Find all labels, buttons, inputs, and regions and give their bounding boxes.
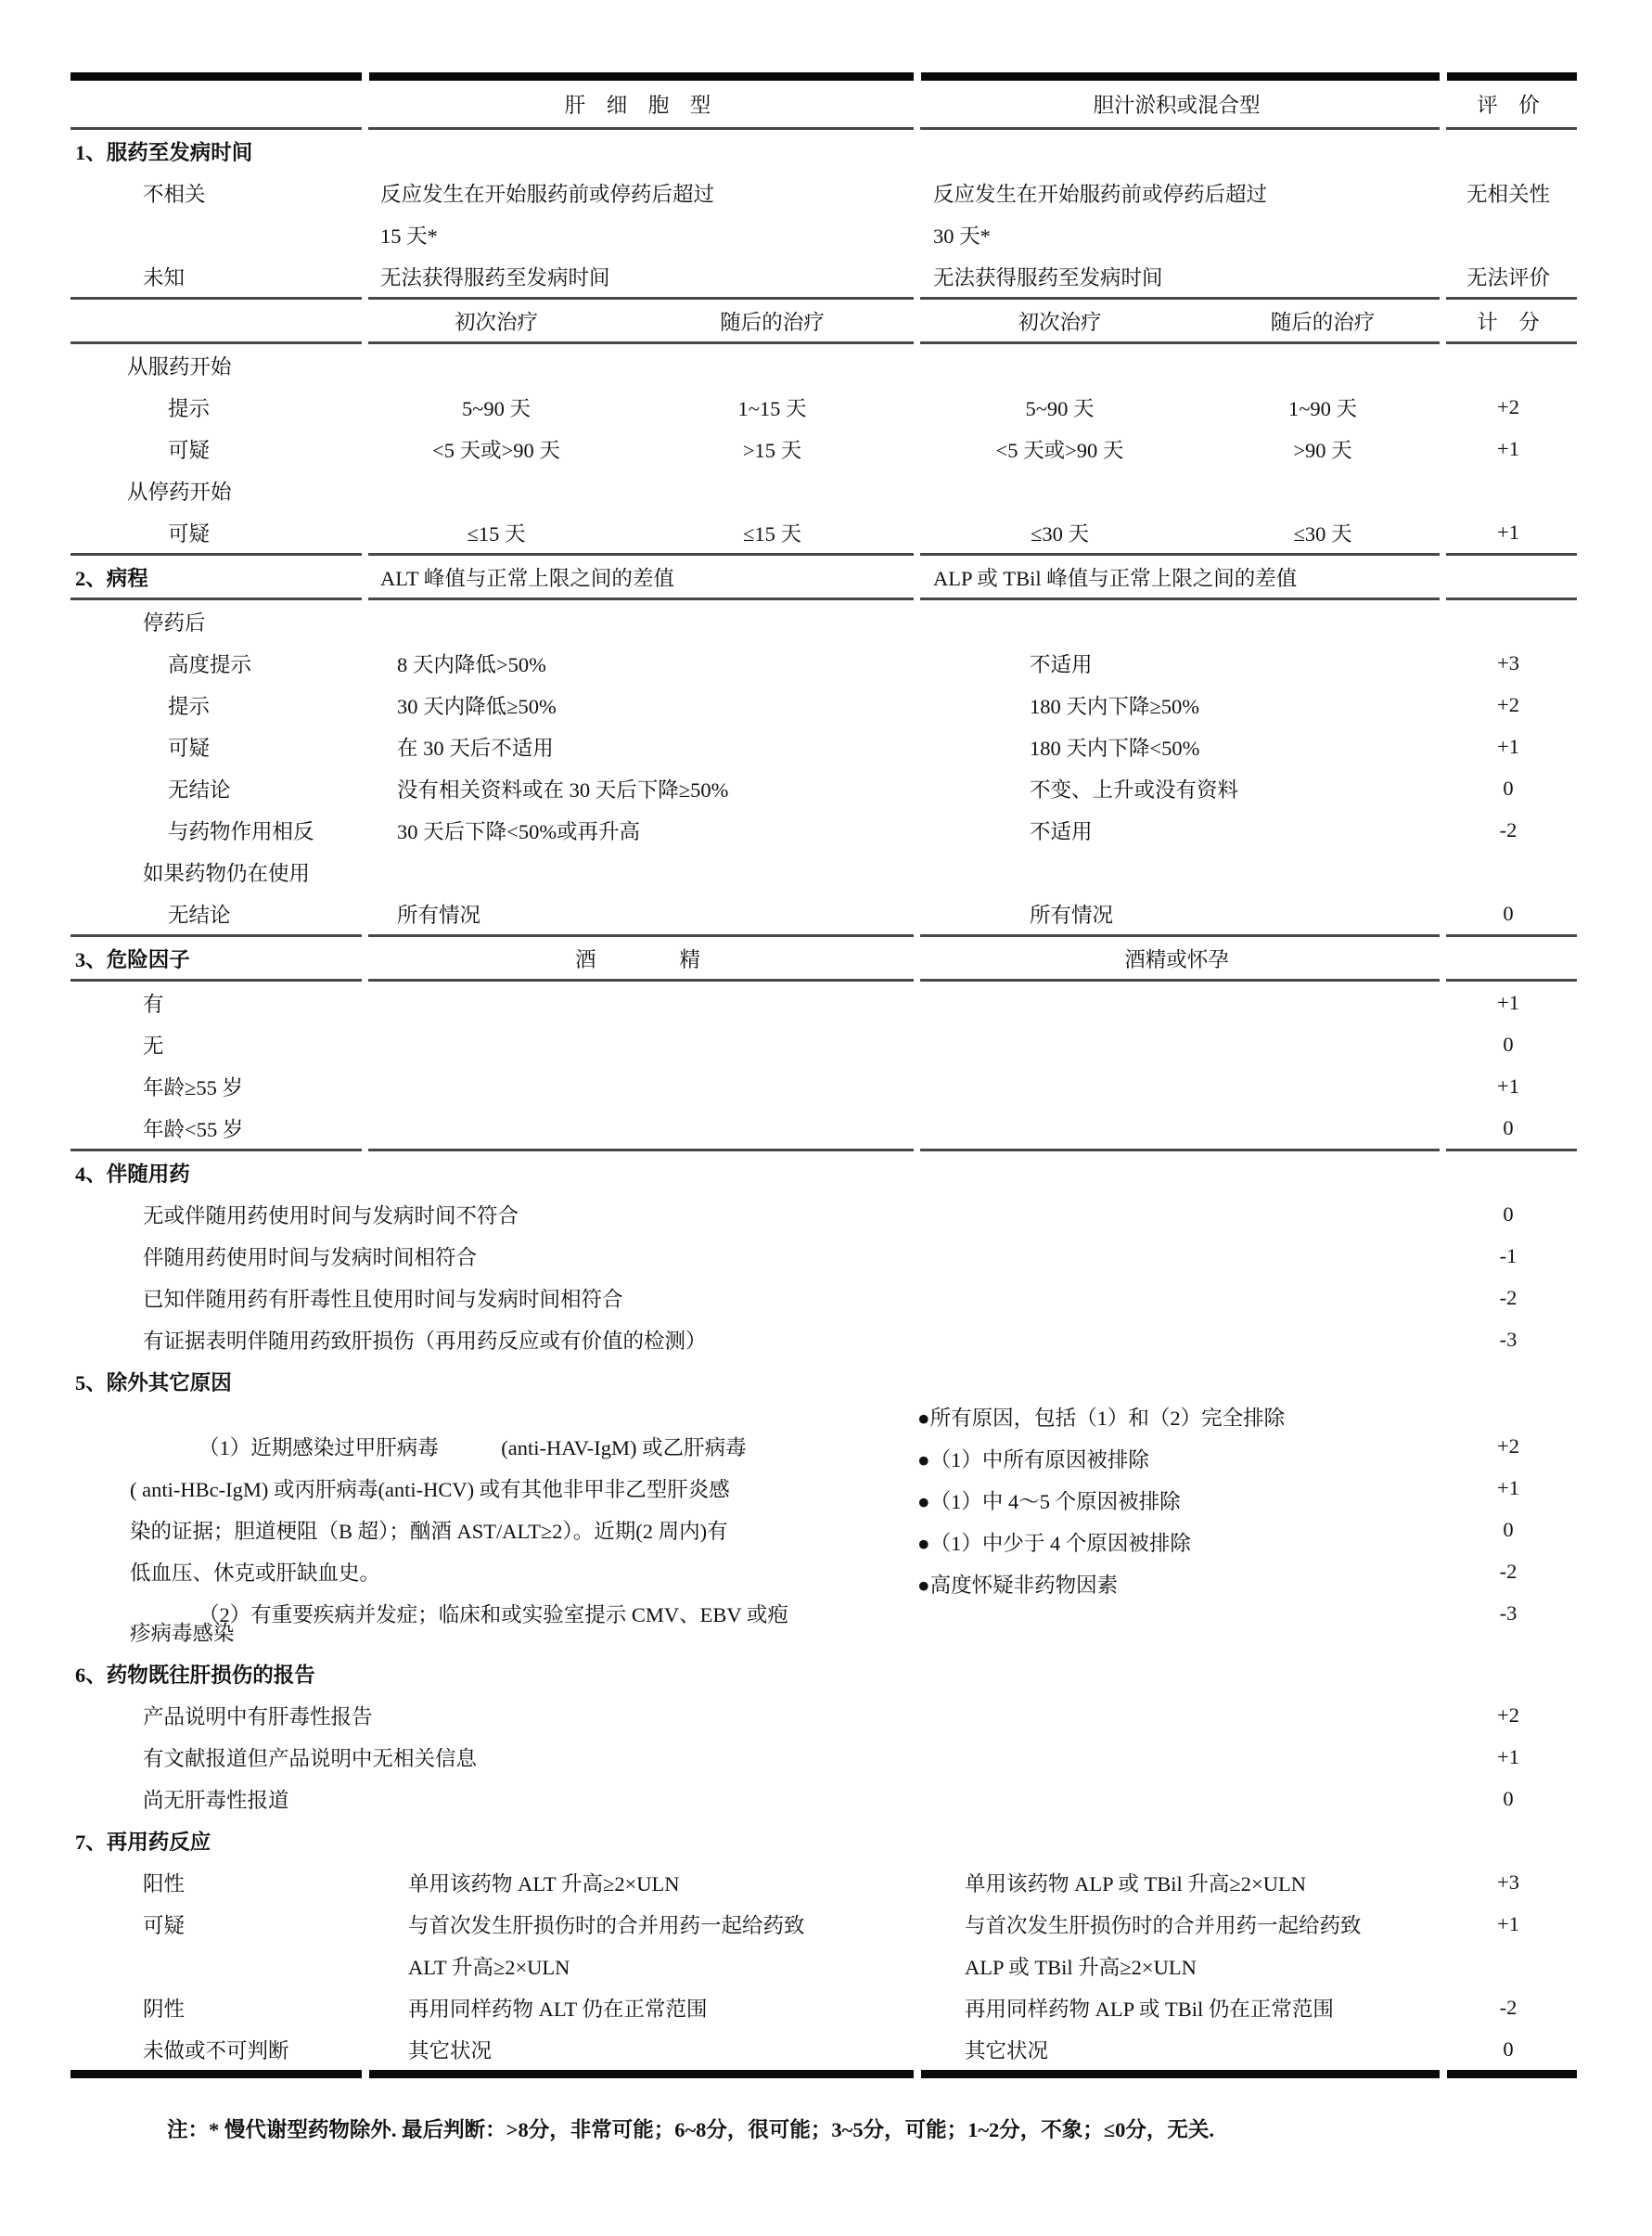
cell-cholestatic-subsequent: ≤30 天 <box>1206 518 1440 547</box>
cell-cholestatic-header: 胆汁淤积或混合型 <box>914 89 1440 119</box>
table-row: 与药物作用相反30 天后下降<50%或再升高不适用-2 <box>70 809 1577 851</box>
table-row: 提示5~90 天1~15 天5~90 天1~90 天+2 <box>70 386 1577 428</box>
cell-full-span-text: 伴随用药使用时间与发病时间相符合 <box>70 1241 1440 1271</box>
cell-score: 0 <box>1440 1033 1577 1057</box>
table-row: 未做或不可判断其它状况其它状况0 <box>70 2028 1577 2070</box>
cell-cholestatic-text: ●（1）中少于 4 个原因被排除 <box>914 1527 1440 1557</box>
cell-score: -2 <box>1440 818 1577 842</box>
cell-cholestatic-text: 30 天* <box>914 220 1440 250</box>
cell-cholestatic-text: ●所有原因，包括（1）和（2）完全排除 <box>914 1402 1440 1432</box>
cell-cholestatic-text: 不适用 <box>914 816 1440 845</box>
cell-score: 0 <box>1440 2037 1577 2062</box>
cell-score: -1 <box>1440 1244 1577 1268</box>
cell-score: +2 <box>1440 395 1577 419</box>
cell-cholestatic-text: ●（1）中所有原因被排除 <box>914 1444 1440 1473</box>
cell-row-label: 年龄<55 岁 <box>70 1113 362 1143</box>
cell-cholestatic-text: 反应发生在开始服药前或停药后超过 <box>914 178 1440 208</box>
cell-cholestatic-text: ●（1）中 4～5 个原因被排除 <box>914 1485 1440 1515</box>
cell-hepatocellular-subsequent: ≤15 天 <box>631 518 914 547</box>
cell-score: -2 <box>1440 1286 1577 1310</box>
cell-score: 评 价 <box>1440 89 1577 119</box>
cell-cholestatic-text: ALP 或 TBil 升高≥2×ULN <box>914 1951 1440 1981</box>
cell-hepatocellular-text: 单用该药物 ALT 升高≥2×ULN <box>362 1868 914 1897</box>
cell-cholestatic-first: ≤30 天 <box>914 518 1206 547</box>
table-row: 无0 <box>70 1023 1577 1065</box>
table-row: 7、再用药反应 <box>70 1819 1577 1861</box>
cell-hepatocellular-text: 8 天内降低>50% <box>362 649 914 678</box>
table-row: 阳性单用该药物 ALT 升高≥2×ULN单用该药物 ALP 或 TBil 升高≥… <box>70 1861 1577 1903</box>
table-row: 有文献报道但产品说明中无相关信息+1 <box>70 1736 1577 1778</box>
cell-cholestatic-text: 其它状况 <box>914 2035 1440 2064</box>
horizontal-rule <box>70 598 1577 600</box>
cell-row-label: 年龄≥55 岁 <box>70 1072 362 1101</box>
horizontal-rule <box>70 341 1577 344</box>
table-bottom-border <box>70 2070 1577 2078</box>
table-row: 伴随用药使用时间与发病时间相符合-1 <box>70 1235 1577 1277</box>
table-row: 无结论没有相关资料或在 30 天后下降≥50%不变、上升或没有资料0 <box>70 767 1577 809</box>
cell-row-label: 未知 <box>70 262 362 291</box>
cell-cholestatic-subsequent: 1~90 天 <box>1206 392 1440 422</box>
cell-score: 无法评价 <box>1440 262 1577 291</box>
cell-row-label: 7、再用药反应 <box>70 1826 362 1856</box>
horizontal-rule <box>70 297 1577 300</box>
table-row: 有证据表明伴随用药致肝损伤（再用药反应或有价值的检测）-3 <box>70 1318 1577 1360</box>
table-body: 肝 细 胞 型胆汁淤积或混合型评 价1、服药至发病时间不相关反应发生在开始服药前… <box>70 81 1577 2070</box>
cell-score: +1 <box>1440 520 1577 545</box>
table-row: 2、病程ALT 峰值与正常上限之间的差值ALP 或 TBil 峰值与正常上限之间… <box>70 556 1577 598</box>
cell-full-span-text: 已知伴随用药有肝毒性且使用时间与发病时间相符合 <box>70 1283 1440 1313</box>
cell-score: +1 <box>1440 1074 1577 1099</box>
cell-hepatocellular-text: 再用同样药物 ALT 仍在正常范围 <box>362 1993 914 2023</box>
table-row: 提示30 天内降低≥50%180 天内下降≥50%+2 <box>70 684 1577 726</box>
cell-row-label: 提示 <box>70 690 362 720</box>
table-row: 阴性再用同样药物 ALT 仍在正常范围再用同样药物 ALP 或 TBil 仍在正… <box>70 1986 1577 2028</box>
cell-score: +1 <box>1440 1912 1577 1936</box>
cell-full-span-text: 有文献报道但产品说明中无相关信息 <box>70 1742 1440 1772</box>
cell-cholestatic-text: ALP 或 TBil 峰值与正常上限之间的差值 <box>914 562 1440 592</box>
cell-hepatocellular-text: 与首次发生肝损伤时的合并用药一起给药致 <box>362 1909 914 1939</box>
cell-score: +1 <box>1440 437 1577 461</box>
cell-score: -2 <box>1440 1996 1577 2020</box>
cell-hepatocellular-first: 5~90 天 <box>362 392 631 422</box>
cell-cholestatic-subsequent: >90 天 <box>1206 434 1440 464</box>
cell-score: 计 分 <box>1440 306 1577 336</box>
cell-row-label: 如果药物仍在使用 <box>70 857 362 887</box>
cell-hepatocellular-text: 在 30 天后不适用 <box>362 732 914 762</box>
cell-row-label: 阳性 <box>70 1868 362 1897</box>
cell-row-label: 可疑 <box>70 732 362 762</box>
table-row: 停药后 <box>70 600 1577 642</box>
table-row: 可疑在 30 天后不适用180 天内下降<50%+1 <box>70 726 1577 767</box>
table-row: 不相关反应发生在开始服药前或停药后超过反应发生在开始服药前或停药后超过无相关性 <box>70 172 1577 213</box>
cell-score: +1 <box>1440 1476 1577 1500</box>
table-row: 如果药物仍在使用 <box>70 851 1577 893</box>
cell-hepatocellular-header: 酒 精 <box>362 944 914 973</box>
cell-score: -3 <box>1440 1328 1577 1352</box>
cell-left-span-text: 染的证据；胆道梗阻（B 超）；酗酒 AST/ALT≥2）。近期(2 周内)有 <box>70 1515 914 1545</box>
cell-left-span-text: 疹病毒感染 <box>70 1617 914 1647</box>
cell-left-span-text: 低血压、休克或肝缺血史。 <box>70 1557 914 1587</box>
cell-row-label: 高度提示 <box>70 649 362 678</box>
cell-hepatocellular-text: 没有相关资料或在 30 天后下降≥50% <box>362 774 914 803</box>
cell-row-label: 停药后 <box>70 607 362 636</box>
cell-cholestatic-text: 所有情况 <box>914 899 1440 929</box>
table-row: 已知伴随用药有肝毒性且使用时间与发病时间相符合-2 <box>70 1277 1577 1318</box>
cell-score: 0 <box>1440 1202 1577 1227</box>
cell-cholestatic-text: 再用同样药物 ALP 或 TBil 仍在正常范围 <box>914 1993 1440 2023</box>
cell-row-label: 3、危险因子 <box>70 944 362 973</box>
cell-score: +1 <box>1440 1745 1577 1769</box>
cell-score: 0 <box>1440 1116 1577 1140</box>
cell-hepatocellular-subsequent: 随后的治疗 <box>631 306 914 336</box>
cell-cholestatic-text: 不适用 <box>914 649 1440 678</box>
table-row: 有+1 <box>70 982 1577 1023</box>
table-row: 未知无法获得服药至发病时间无法获得服药至发病时间无法评价 <box>70 255 1577 297</box>
cell-row-label: 阴性 <box>70 1993 362 2023</box>
cell-cholestatic-text: 无法获得服药至发病时间 <box>914 262 1440 291</box>
table-row: 年龄<55 岁0 <box>70 1107 1577 1149</box>
cell-hepatocellular-text: 30 天后下降<50%或再升高 <box>362 816 914 845</box>
table-row: 可疑与首次发生肝损伤时的合并用药一起给药致与首次发生肝损伤时的合并用药一起给药致… <box>70 1903 1577 1945</box>
cell-left-span-text: （1）近期感染过甲肝病毒 (anti-HAV-IgM) 或乙肝病毒 <box>70 1432 914 1461</box>
table-row: 年龄≥55 岁+1 <box>70 1065 1577 1107</box>
footnote: 注：* 慢代谢型药物除外. 最后判断：>8分，非常可能；6~8分，很可能；3~5… <box>70 2114 1577 2143</box>
table-top-border <box>70 72 1577 81</box>
table-row: 15 天*30 天* <box>70 213 1577 255</box>
table-row: 从停药开始 <box>70 469 1577 511</box>
table-row: 尚无肝毒性报道0 <box>70 1778 1577 1819</box>
cell-hepatocellular-first: 初次治疗 <box>362 306 631 336</box>
cell-score: +1 <box>1440 735 1577 759</box>
table-row: 可疑<5 天或>90 天>15 天<5 天或>90 天>90 天+1 <box>70 428 1577 469</box>
cell-hepatocellular-header: 肝 细 胞 型 <box>362 89 914 119</box>
table-row: ●所有原因，包括（1）和（2）完全排除（1）近期感染过甲肝病毒 (anti-HA… <box>70 1402 1577 1444</box>
cell-score: 0 <box>1440 902 1577 926</box>
cell-row-label: 无结论 <box>70 899 362 929</box>
cell-cholestatic-text: 180 天内下降<50% <box>914 732 1440 762</box>
horizontal-rule <box>70 553 1577 556</box>
cell-row-label: 1、服药至发病时间 <box>70 136 362 166</box>
cell-row-label: 有 <box>70 988 362 1018</box>
cell-score: +1 <box>1440 991 1577 1015</box>
cell-cholestatic-first: 5~90 天 <box>914 392 1206 422</box>
table-row: 无或伴随用药使用时间与发病时间不符合0 <box>70 1193 1577 1235</box>
cell-full-span-text: 无或伴随用药使用时间与发病时间不符合 <box>70 1200 1440 1229</box>
cell-score: 0 <box>1440 777 1577 801</box>
cell-score: -2 <box>1440 1560 1577 1584</box>
table-row: 6、药物既往肝损伤的报告 <box>70 1652 1577 1694</box>
table-row: 3、危险因子酒 精酒精或怀孕 <box>70 937 1577 979</box>
table-row: 5、除外其它原因 <box>70 1360 1577 1402</box>
table-row: 从服药开始 <box>70 344 1577 386</box>
table-row: 可疑≤15 天≤15 天≤30 天≤30 天+1 <box>70 511 1577 553</box>
cell-hepatocellular-text: ALT 峰值与正常上限之间的差值 <box>362 562 914 592</box>
table-row: 疹病毒感染 <box>70 1611 1577 1652</box>
cell-cholestatic-subsequent: 随后的治疗 <box>1206 306 1440 336</box>
cell-row-label: 未做或不可判断 <box>70 2035 362 2064</box>
cell-cholestatic-first: <5 天或>90 天 <box>914 434 1206 464</box>
cell-cholestatic-text: ●高度怀疑非药物因素 <box>914 1569 1440 1599</box>
cell-row-label: 无结论 <box>70 774 362 803</box>
cell-row-label: 从服药开始 <box>70 351 362 380</box>
cell-hepatocellular-text: 30 天内降低≥50% <box>362 690 914 720</box>
cell-row-label: 提示 <box>70 392 362 422</box>
cell-score: +3 <box>1440 1870 1577 1895</box>
cell-hepatocellular-first: ≤15 天 <box>362 518 631 547</box>
cell-score: +2 <box>1440 693 1577 717</box>
horizontal-rule <box>70 979 1577 982</box>
cell-cholestatic-header: 酒精或怀孕 <box>914 944 1440 973</box>
table-row: 4、伴随用药 <box>70 1151 1577 1193</box>
cell-full-span-text: 有证据表明伴随用药致肝损伤（再用药反应或有价值的检测） <box>70 1325 1440 1355</box>
cell-hepatocellular-subsequent: >15 天 <box>631 434 914 464</box>
horizontal-rule <box>70 1149 1577 1151</box>
cell-score: 0 <box>1440 1518 1577 1542</box>
table-row: ALT 升高≥2×ULNALP 或 TBil 升高≥2×ULN <box>70 1945 1577 1986</box>
cell-score: +3 <box>1440 651 1577 675</box>
cell-row-label: 从停药开始 <box>70 476 362 506</box>
cell-row-label: 可疑 <box>70 434 362 464</box>
cell-row-label: 4、伴随用药 <box>70 1158 362 1188</box>
cell-cholestatic-text: 单用该药物 ALP 或 TBil 升高≥2×ULN <box>914 1868 1440 1897</box>
cell-hepatocellular-text: ALT 升高≥2×ULN <box>362 1951 914 1981</box>
cell-row-label: 2、病程 <box>70 562 362 592</box>
cell-row-label: 5、除外其它原因 <box>70 1367 362 1396</box>
cell-full-span-text: 产品说明中有肝毒性报告 <box>70 1701 1440 1730</box>
table-row: 无结论所有情况所有情况0 <box>70 893 1577 934</box>
cell-cholestatic-text: 与首次发生肝损伤时的合并用药一起给药致 <box>914 1909 1440 1939</box>
cell-row-label: 与药物作用相反 <box>70 816 362 845</box>
cell-hepatocellular-text: 其它状况 <box>362 2035 914 2064</box>
cell-row-label: 可疑 <box>70 518 362 547</box>
cell-hepatocellular-text: 无法获得服药至发病时间 <box>362 262 914 291</box>
cell-left-span-text: ( anti-HBc-IgM) 或丙肝病毒(anti-HCV) 或有其他非甲非乙… <box>70 1473 914 1503</box>
cell-row-label: 不相关 <box>70 178 362 208</box>
cell-cholestatic-text: 180 天内下降≥50% <box>914 690 1440 720</box>
horizontal-rule <box>70 127 1577 130</box>
cell-full-span-text: 尚无肝毒性报道 <box>70 1784 1440 1814</box>
table-row: 高度提示8 天内降低>50%不适用+3 <box>70 642 1577 684</box>
document-page: { "theme":{"border_color":"#0a0a0a","rul… <box>0 0 1652 2236</box>
cell-row-label: 无 <box>70 1030 362 1060</box>
cell-hepatocellular-text: 反应发生在开始服药前或停药后超过 <box>362 178 914 208</box>
cell-hepatocellular-text: 15 天* <box>362 220 914 250</box>
cell-row-label: 可疑 <box>70 1909 362 1939</box>
cell-hepatocellular-first: <5 天或>90 天 <box>362 434 631 464</box>
cell-cholestatic-text: 不变、上升或没有资料 <box>914 774 1440 803</box>
horizontal-rule <box>70 934 1577 937</box>
cell-hepatocellular-subsequent: 1~15 天 <box>631 392 914 422</box>
cell-hepatocellular-text: 所有情况 <box>362 899 914 929</box>
cell-score: 无相关性 <box>1440 178 1577 208</box>
table-row: 1、服药至发病时间 <box>70 130 1577 172</box>
cell-score: 0 <box>1440 1787 1577 1811</box>
rucam-score-table: 肝 细 胞 型胆汁淤积或混合型评 价1、服药至发病时间不相关反应发生在开始服药前… <box>70 72 1577 2143</box>
table-row: 初次治疗随后的治疗初次治疗随后的治疗计 分 <box>70 300 1577 341</box>
cell-score: -3 <box>1440 1601 1577 1626</box>
cell-score: +2 <box>1440 1434 1577 1459</box>
table-row: 产品说明中有肝毒性报告+2 <box>70 1694 1577 1736</box>
cell-score: +2 <box>1440 1703 1577 1728</box>
cell-row-label: 6、药物既往肝损伤的报告 <box>70 1659 362 1689</box>
table-row: 肝 细 胞 型胆汁淤积或混合型评 价 <box>70 81 1577 127</box>
cell-cholestatic-first: 初次治疗 <box>914 306 1206 336</box>
